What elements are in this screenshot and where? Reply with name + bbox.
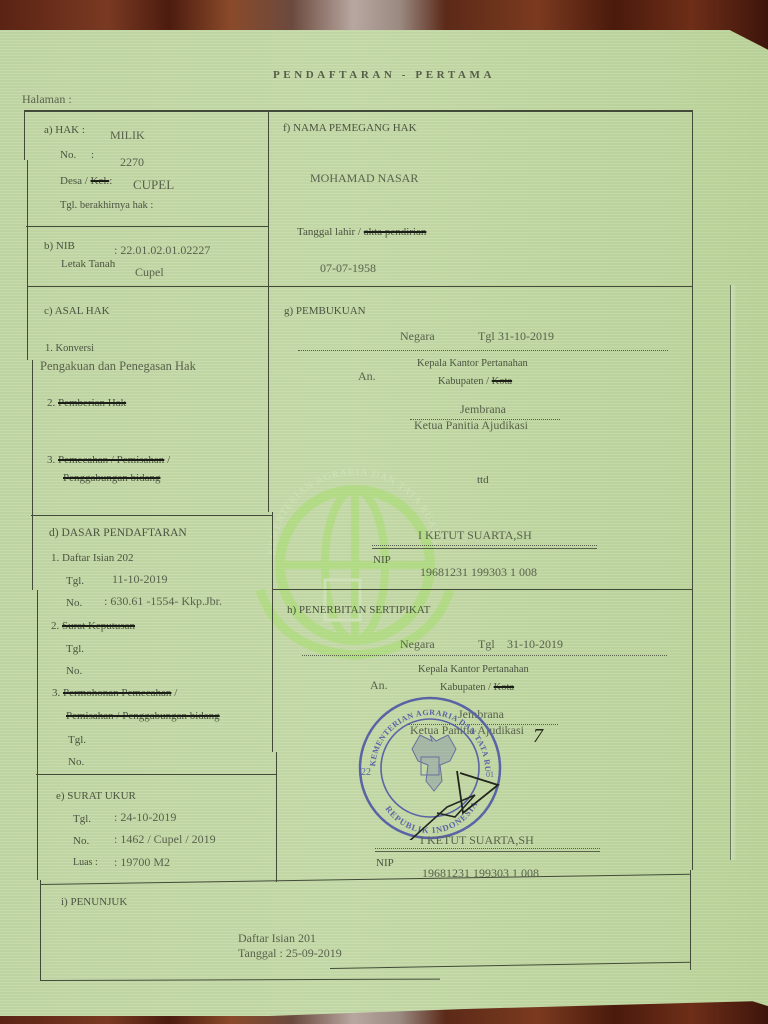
nip-label: NIP xyxy=(373,554,391,566)
luas-label: Luas : xyxy=(73,857,98,868)
column-divider xyxy=(268,112,269,512)
tgl3-label: Tgl. xyxy=(68,734,86,746)
svg-text:22: 22 xyxy=(361,767,371,778)
surat-ukur-header: e) SURAT UKUR xyxy=(56,790,136,802)
table-border-left xyxy=(37,590,38,880)
dotted-line xyxy=(372,545,597,546)
column-divider xyxy=(276,752,277,882)
table-border-left xyxy=(24,110,25,160)
daftar-isian-201: Daftar Isian 201 xyxy=(238,931,316,946)
luas-value: : 19700 M2 xyxy=(114,855,170,870)
pembukuan-date: 31-10-2019 xyxy=(498,329,554,344)
table-border-right xyxy=(692,110,693,870)
hak-value: MILIK xyxy=(110,128,145,143)
official-name: I KETUT SUARTA,SH xyxy=(420,833,534,848)
su-no-label: No. xyxy=(73,835,89,847)
su-no-value: : 1462 / Cupel / 2019 xyxy=(114,832,216,847)
penerbitan-header: h) PENERBITAN SERTIPIKAT xyxy=(287,604,430,616)
penerbitan-tgl-label: Tgl xyxy=(478,637,495,652)
nip-value: 19681231 199303 1 008 xyxy=(422,866,539,881)
binding-slot xyxy=(730,285,737,860)
konversi-value: Pengakuan dan Penegasan Hak xyxy=(40,359,196,374)
dasar-no-value: : 630.61 -1554- Kkp.Jbr. xyxy=(104,594,222,609)
office-line2: Kabupaten / Kota xyxy=(438,376,512,387)
nip-value: 19681231 199303 1 008 xyxy=(420,565,537,580)
table-border-right xyxy=(690,870,691,970)
table-border-left xyxy=(27,160,28,360)
tgl-label: Tgl. xyxy=(66,575,84,587)
letak-tanah-label: Letak Tanah xyxy=(61,258,115,270)
table-border-top xyxy=(24,110,692,112)
hak-number-value: 2270 xyxy=(120,155,144,170)
office-line1: Kepala Kantor Pertanahan xyxy=(417,358,528,369)
pembukuan-header: g) PEMBUKUAN xyxy=(284,305,366,317)
ttd-label: ttd xyxy=(477,474,489,486)
signature-line xyxy=(372,548,597,549)
nama-pemegang-header: f) NAMA PEMEGANG HAK xyxy=(283,122,417,134)
desa-label: Desa / Kel.: xyxy=(60,175,112,187)
office-line1: Kepala Kantor Pertanahan xyxy=(418,664,529,675)
halaman-label: Halaman : xyxy=(22,92,72,107)
table-border-left xyxy=(40,880,41,980)
penunjuk-date: Tanggal : 25-09-2019 xyxy=(238,946,342,961)
official-seal-stamp-icon: KEMENTERIAN AGRARIA DAN TATA RUANG REPUB… xyxy=(355,695,505,840)
letak-tanah-value: Cupel xyxy=(135,265,164,280)
hak-label: a) HAK : xyxy=(44,124,85,136)
tanggal-lahir-label: Tanggal lahir / akta pendirian xyxy=(297,226,426,238)
pemisahan-item: Pemisahan / Penggabungan bidang xyxy=(66,710,220,722)
penggabungan-item: Penggabungan bidang xyxy=(63,472,160,484)
nip-label: NIP xyxy=(376,857,394,869)
penerbitan-date: 31-10-2019 xyxy=(507,637,563,652)
struck-kel: Kel. xyxy=(91,175,110,187)
desa-value: CUPEL xyxy=(133,177,174,193)
su-tgl-value: : 24-10-2019 xyxy=(114,810,176,825)
pemberian-hak-item: 2. Pemberian Hak xyxy=(47,397,126,409)
dasar-tgl-value: 11-10-2019 xyxy=(112,572,168,587)
tgl2-label: Tgl. xyxy=(66,643,84,655)
permohonan-item: 3. Permohonan Pemecahan / xyxy=(52,687,177,699)
row-divider xyxy=(272,589,692,590)
svg-text:01: 01 xyxy=(486,770,494,779)
penunjuk-header: i) PENUNJUK xyxy=(61,896,127,908)
district: Jembrana xyxy=(460,402,506,417)
ministry-watermark-logo-icon: KEMENTERIAN AGRARIA DAN TATA RUANG xyxy=(240,440,470,670)
birth-date-value: 07-07-1958 xyxy=(320,261,376,276)
row-divider xyxy=(36,774,276,775)
tgl-berakhir-label: Tgl. berakhirnya hak : xyxy=(60,200,153,211)
su-tgl-label: Tgl. xyxy=(73,813,91,825)
row-divider xyxy=(27,286,693,287)
holder-name: MOHAMAD NASAR xyxy=(310,171,418,186)
asal-hak-header: c) ASAL HAK xyxy=(44,305,110,317)
row-divider xyxy=(31,515,272,516)
page-title: PENDAFTARAN - PERTAMA xyxy=(0,69,768,81)
dotted-line xyxy=(302,655,667,656)
an-label: An. xyxy=(358,369,376,384)
no-colon: : xyxy=(91,149,94,161)
pemecahan-item: 3. Pemecahan / Pemisahan / xyxy=(47,454,170,466)
signature-line xyxy=(375,851,600,852)
pembukuan-tgl-label: Tgl xyxy=(478,329,495,344)
dasar-pendaftaran-header: d) DASAR PENDAFTARAN xyxy=(49,527,187,539)
konversi-label: 1. Konversi xyxy=(45,343,94,354)
no-label: No. xyxy=(60,149,76,161)
row-divider xyxy=(26,226,268,227)
no-label: No. xyxy=(66,597,82,609)
table-border-left xyxy=(32,360,33,590)
daftar-isian-202: 1. Daftar Isian 202 xyxy=(51,552,133,564)
an-label: An. xyxy=(370,678,388,693)
no2-label: No. xyxy=(66,665,82,677)
column-divider xyxy=(272,512,273,752)
official-name: I KETUT SUARTA,SH xyxy=(418,528,532,543)
penerbitan-place: Negara xyxy=(400,637,435,652)
surat-keputusan-item: 2. Surat Keputusan xyxy=(51,620,135,632)
struck-akta: akta pendirian xyxy=(364,226,427,238)
dotted-line xyxy=(298,350,668,351)
no3-label: No. xyxy=(68,756,84,768)
role: Ketua Panitia Ajudikasi xyxy=(414,418,528,433)
signature-mark: 7 xyxy=(533,725,543,748)
pembukuan-place: Negara xyxy=(400,329,435,344)
dotted-line xyxy=(375,848,600,849)
office-line2: Kabupaten / Kota xyxy=(440,682,514,693)
nib-value: : 22.01.02.01.02227 xyxy=(114,243,210,258)
nib-label: b) NIB xyxy=(44,240,75,252)
